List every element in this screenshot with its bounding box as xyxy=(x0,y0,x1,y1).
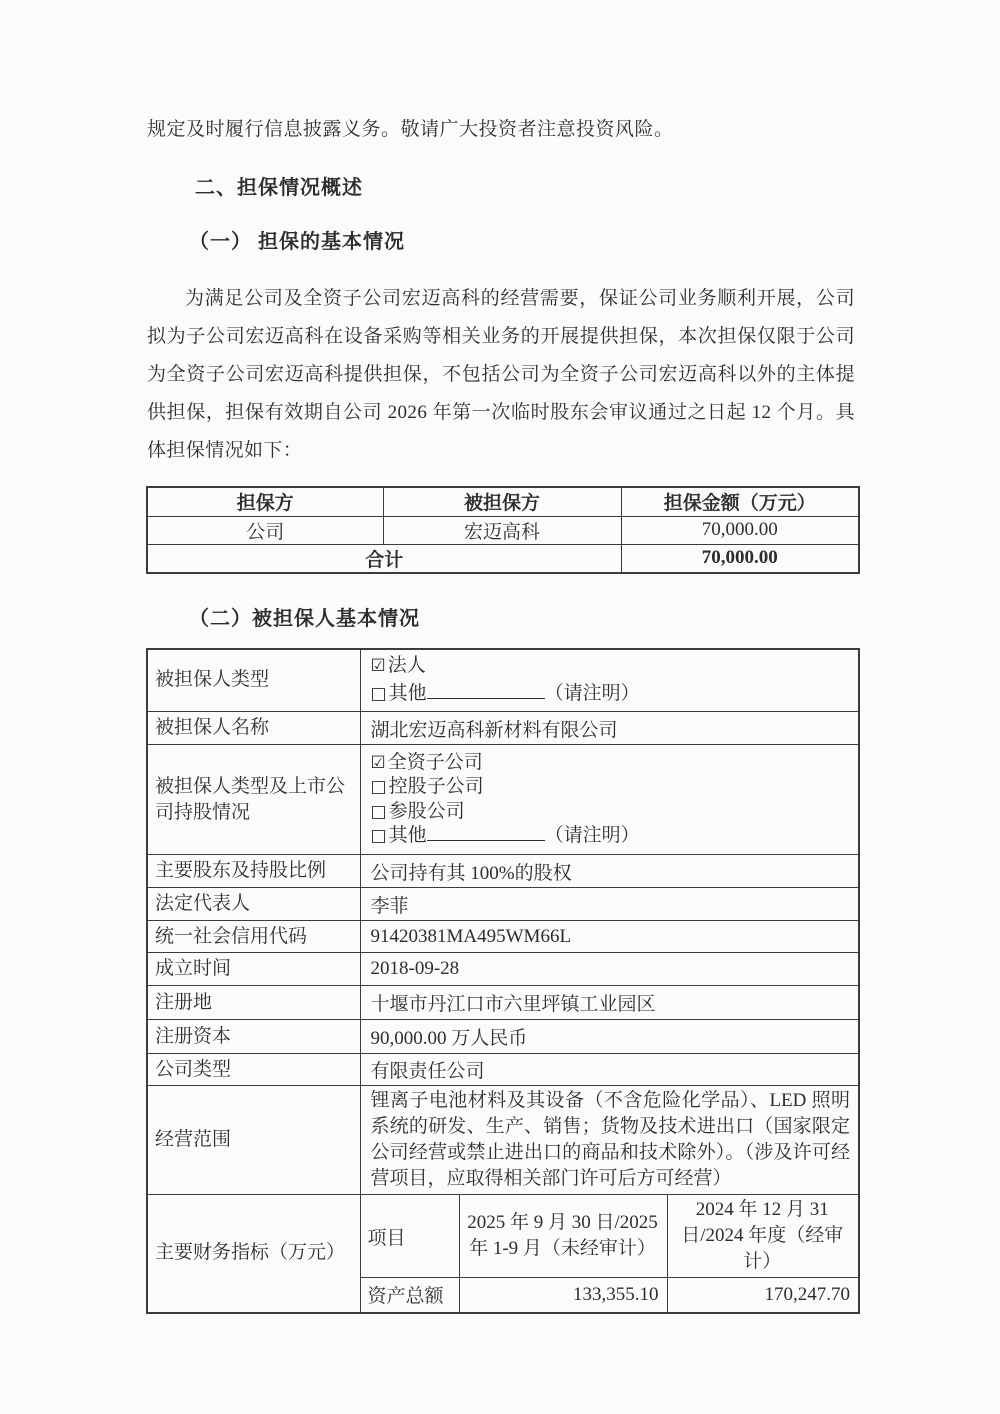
cell-guarantor: 公司 xyxy=(147,516,383,544)
financial-item-header: 项目 xyxy=(360,1195,459,1278)
value-insured-name: 湖北宏迈高科新材料有限公司 xyxy=(360,712,859,745)
option-controlled-subsidiary-label: 控股子公司 xyxy=(389,776,484,797)
fill-in-blank-line xyxy=(427,825,545,841)
option-other-holding: □其他（请注明） xyxy=(371,824,851,849)
option-other-holding-label: 其他 xyxy=(389,825,427,846)
value-business-scope: 锂离子电池材料及其设备（不含危险化学品）、LED 照明系统的研发、生产、销售；货… xyxy=(360,1086,859,1195)
row-business-scope: 经营范围 锂离子电池材料及其设备（不含危险化学品）、LED 照明系统的研发、生产… xyxy=(147,1086,859,1195)
financial-period1-header: 2025 年 9 月 30 日/2025 年 1-9 月（未经审计） xyxy=(459,1195,667,1278)
subsection-heading-1: （一） 担保的基本情况 xyxy=(189,228,855,256)
option-wholly-owned: ☑全资子公司 xyxy=(371,751,851,776)
intro-paragraph: 规定及时履行信息披露义务。敬请广大投资者注意投资风险。 xyxy=(147,116,855,144)
label-established-date: 成立时间 xyxy=(147,953,360,986)
label-legal-rep: 法定代表人 xyxy=(147,888,360,921)
guarantee-summary-table: 担保方 被担保方 担保金额（万元） 公司 宏迈高科 70,000.00 合计 7… xyxy=(146,486,860,574)
label-insured-type: 被担保人类型 xyxy=(147,649,360,712)
option-legal-person-label: 法人 xyxy=(388,655,426,676)
cell-guaranteed-party: 宏迈高科 xyxy=(383,516,621,544)
checkbox-unchecked-icon: □ xyxy=(371,681,387,708)
total-label: 合计 xyxy=(147,544,621,573)
value-registered-capital: 90,000.00 万人民币 xyxy=(360,1020,859,1054)
body-paragraph: 为满足公司及全资子公司宏迈高科的经营需要，保证公司业务顺利开展，公司拟为子公司宏… xyxy=(147,280,855,470)
fill-in-blank-line xyxy=(427,683,545,699)
cell-total-assets-label: 资产总额 xyxy=(360,1278,459,1313)
row-insured-type: 被担保人类型 ☑法人 □其他（请注明） xyxy=(147,649,859,712)
financial-period2-header: 2024 年 12 月 31 日/2024 年度（经审计） xyxy=(667,1195,859,1278)
checkbox-checked-icon: ☑ xyxy=(371,653,386,680)
header-guarantee-amount: 担保金额（万元） xyxy=(621,487,859,516)
value-holding-status: ☑全资子公司 □控股子公司 □参股公司 □其他（请注明） xyxy=(360,745,859,855)
guaranteed-party-table: 被担保人类型 ☑法人 □其他（请注明） 被担保人名称 湖北宏迈高科新材料有限公司… xyxy=(146,648,860,1314)
document-page: 规定及时履行信息披露义务。敬请广大投资者注意投资风险。 二、担保情况概述 （一）… xyxy=(0,0,1000,1414)
section-heading: 二、担保情况概述 xyxy=(195,174,855,202)
checkbox-unchecked-icon: □ xyxy=(371,800,387,825)
option-participating-company: □参股公司 xyxy=(371,800,851,825)
value-established-date: 2018-09-28 xyxy=(360,953,859,986)
row-legal-rep: 法定代表人 李菲 xyxy=(147,888,859,921)
option-wholly-owned-label: 全资子公司 xyxy=(388,752,483,773)
label-financial-indicators: 主要财务指标（万元） xyxy=(147,1195,360,1313)
label-shareholder: 主要股东及持股比例 xyxy=(147,855,360,888)
value-registered-address: 十堰市丹江口市六里坪镇工业园区 xyxy=(360,986,859,1020)
label-registered-capital: 注册资本 xyxy=(147,1020,360,1054)
row-registered-capital: 注册资本 90,000.00 万人民币 xyxy=(147,1020,859,1054)
label-insured-name: 被担保人名称 xyxy=(147,712,360,745)
row-insured-name: 被担保人名称 湖北宏迈高科新材料有限公司 xyxy=(147,712,859,745)
checkbox-unchecked-icon: □ xyxy=(371,824,387,849)
value-company-type: 有限责任公司 xyxy=(360,1054,859,1086)
row-shareholder: 主要股东及持股比例 公司持有其 100%的股权 xyxy=(147,855,859,888)
guarantee-table-header-row: 担保方 被担保方 担保金额（万元） xyxy=(147,487,859,516)
cell-guarantee-amount: 70,000.00 xyxy=(621,516,859,544)
value-credit-code: 91420381MA495WM66L xyxy=(360,921,859,953)
please-specify-note: （请注明） xyxy=(545,825,640,846)
cell-total-assets-2024: 170,247.70 xyxy=(667,1278,859,1313)
row-established-date: 成立时间 2018-09-28 xyxy=(147,953,859,986)
total-amount: 70,000.00 xyxy=(621,544,859,573)
please-specify-note: （请注明） xyxy=(545,683,640,704)
option-other-type: □其他（请注明） xyxy=(371,680,851,708)
checkbox-checked-icon: ☑ xyxy=(371,751,386,776)
option-participating-company-label: 参股公司 xyxy=(389,801,465,822)
label-company-type: 公司类型 xyxy=(147,1054,360,1086)
row-financial-header: 主要财务指标（万元） 项目 2025 年 9 月 30 日/2025 年 1-9… xyxy=(147,1195,859,1278)
subsection-heading-2: （二）被担保人基本情况 xyxy=(189,605,855,633)
label-holding-status: 被担保人类型及上市公司持股情况 xyxy=(147,745,360,855)
guarantee-table-total-row: 合计 70,000.00 xyxy=(147,544,859,573)
value-legal-rep: 李菲 xyxy=(360,888,859,921)
value-insured-type: ☑法人 □其他（请注明） xyxy=(360,649,859,712)
row-credit-code: 统一社会信用代码 91420381MA495WM66L xyxy=(147,921,859,953)
row-registered-address: 注册地 十堰市丹江口市六里坪镇工业园区 xyxy=(147,986,859,1020)
row-company-type: 公司类型 有限责任公司 xyxy=(147,1054,859,1086)
option-controlled-subsidiary: □控股子公司 xyxy=(371,775,851,800)
option-legal-person: ☑法人 xyxy=(371,652,851,680)
guarantee-table-data-row: 公司 宏迈高科 70,000.00 xyxy=(147,516,859,544)
value-shareholder: 公司持有其 100%的股权 xyxy=(360,855,859,888)
label-credit-code: 统一社会信用代码 xyxy=(147,921,360,953)
cell-total-assets-2025: 133,355.10 xyxy=(459,1278,667,1313)
header-guarantor: 担保方 xyxy=(147,487,383,516)
row-holding-status: 被担保人类型及上市公司持股情况 ☑全资子公司 □控股子公司 □参股公司 □其他（… xyxy=(147,745,859,855)
option-other-label: 其他 xyxy=(389,683,427,704)
header-guaranteed-party: 被担保方 xyxy=(383,487,621,516)
label-registered-address: 注册地 xyxy=(147,986,360,1020)
label-business-scope: 经营范围 xyxy=(147,1086,360,1195)
checkbox-unchecked-icon: □ xyxy=(371,775,387,800)
